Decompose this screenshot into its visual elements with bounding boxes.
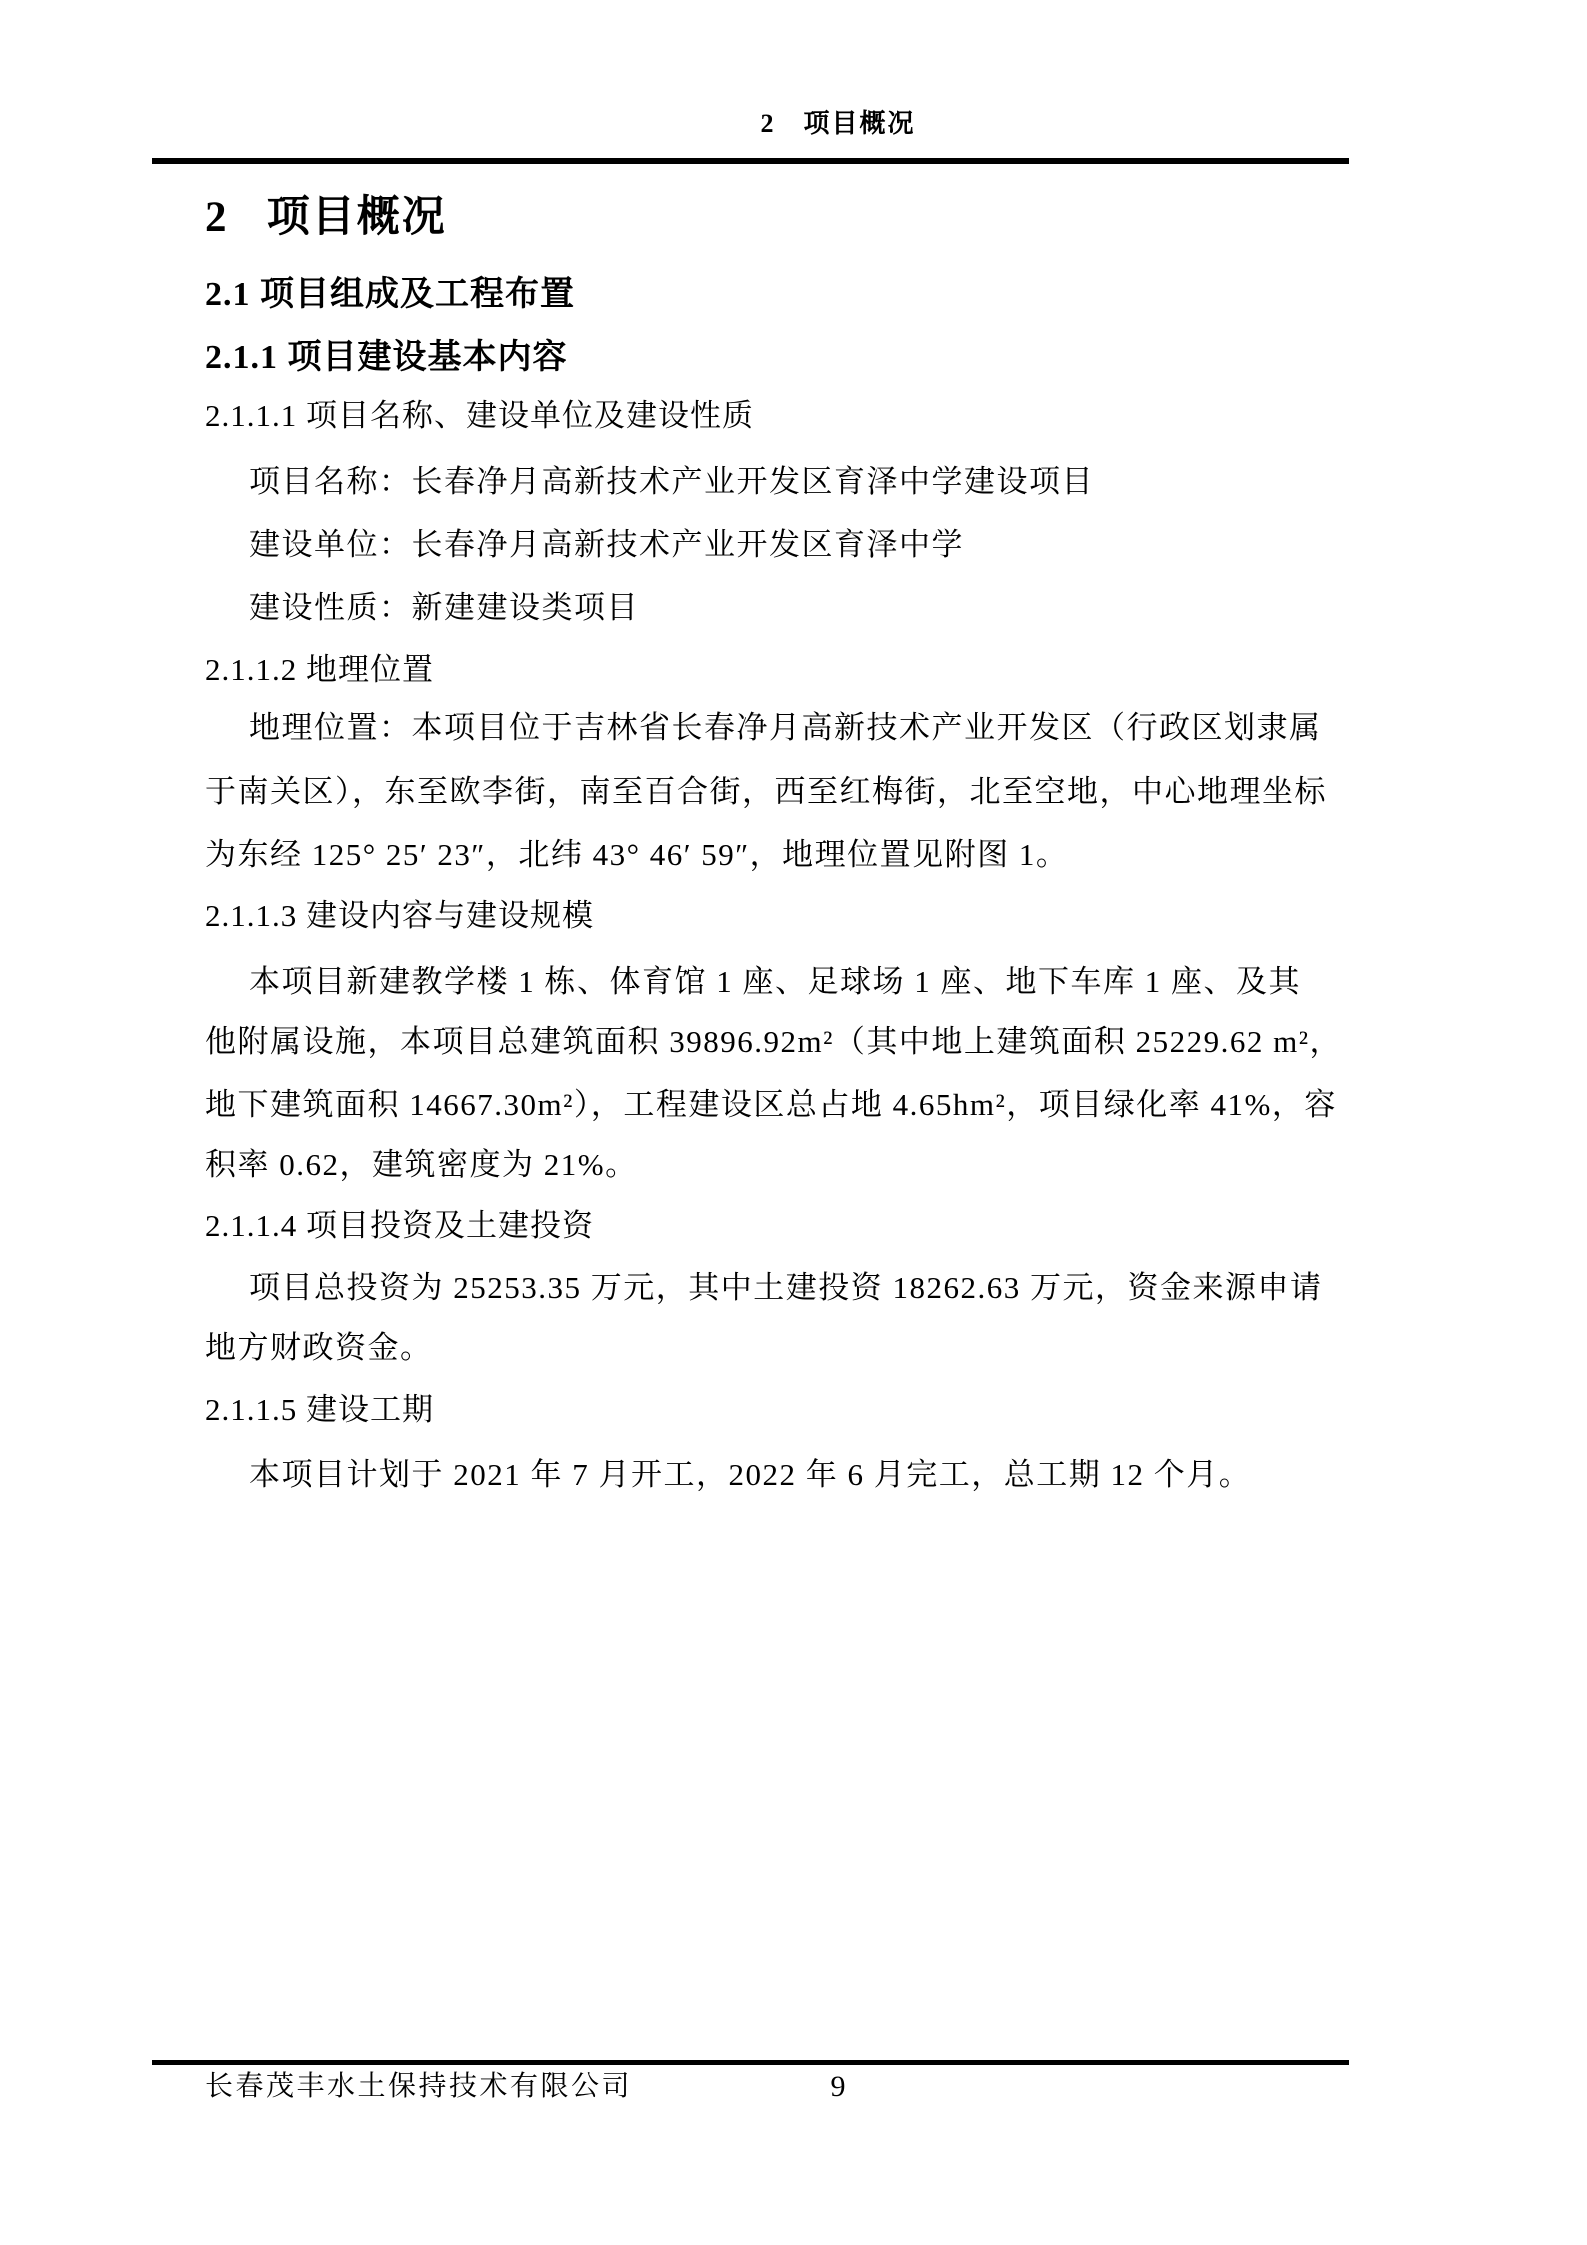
header-rule	[152, 158, 1349, 164]
heading-2-1-1: 2.1.1 项目建设基本内容	[205, 339, 568, 376]
scale-paragraph-line: 地下建筑面积 14667.30m²），工程建设区总占地 4.65hm²，项目绿化…	[205, 1086, 1337, 1123]
project-name-line: 项目名称：长春净月高新技术产业开发区育泽中学建设项目	[249, 463, 1094, 500]
footer-rule	[152, 2060, 1349, 2065]
location-paragraph-line: 于南关区），东至欧李街，南至百合街，西至红梅街，北至空地，中心地理坐标	[205, 773, 1327, 810]
construction-nature-line: 建设性质：新建建设类项目	[249, 589, 639, 626]
heading-2-1: 2.1 项目组成及工程布置	[205, 276, 575, 313]
scale-paragraph-line: 他附属设施，本项目总建筑面积 39896.92m²（其中地上建筑面积 25229…	[205, 1023, 1342, 1060]
heading-2-1-1-4: 2.1.1.4 项目投资及土建投资	[205, 1209, 594, 1243]
investment-paragraph-line: 项目总投资为 25253.35 万元，其中土建投资 18262.63 万元，资金…	[249, 1269, 1323, 1306]
heading-2-1-1-1: 2.1.1.1 项目名称、建设单位及建设性质	[205, 399, 754, 433]
scale-paragraph-line: 本项目新建教学楼 1 栋、体育馆 1 座、足球场 1 座、地下车库 1 座、及其	[249, 963, 1301, 1000]
investment-paragraph-line: 地方财政资金。	[205, 1329, 433, 1366]
heading-2-1-1-3: 2.1.1.3 建设内容与建设规模	[205, 899, 594, 933]
construction-unit-line: 建设单位：长春净月高新技术产业开发区育泽中学	[249, 526, 964, 563]
scale-paragraph-line: 积率 0.62，建筑密度为 21%。	[205, 1146, 638, 1183]
running-header-title: 2 项目概况	[203, 110, 1473, 139]
chapter-title: 2 项目概况	[205, 194, 447, 241]
heading-2-1-1-2: 2.1.1.2 地理位置	[205, 653, 434, 687]
document-page: 2 项目概况 2 项目概况 2.1 项目组成及工程布置 2.1.1 项目建设基本…	[0, 0, 1587, 2245]
heading-2-1-1-5: 2.1.1.5 建设工期	[205, 1393, 434, 1427]
footer-page-number: 9	[203, 2070, 1473, 2104]
schedule-paragraph-line: 本项目计划于 2021 年 7 月开工，2022 年 6 月完工，总工期 12 …	[249, 1456, 1251, 1493]
location-paragraph-line: 地理位置：本项目位于吉林省长春净月高新技术产业开发区（行政区划隶属	[249, 709, 1322, 746]
location-paragraph-line: 为东经 125° 25′ 23″，北纬 43° 46′ 59″，地理位置见附图 …	[205, 836, 1068, 873]
